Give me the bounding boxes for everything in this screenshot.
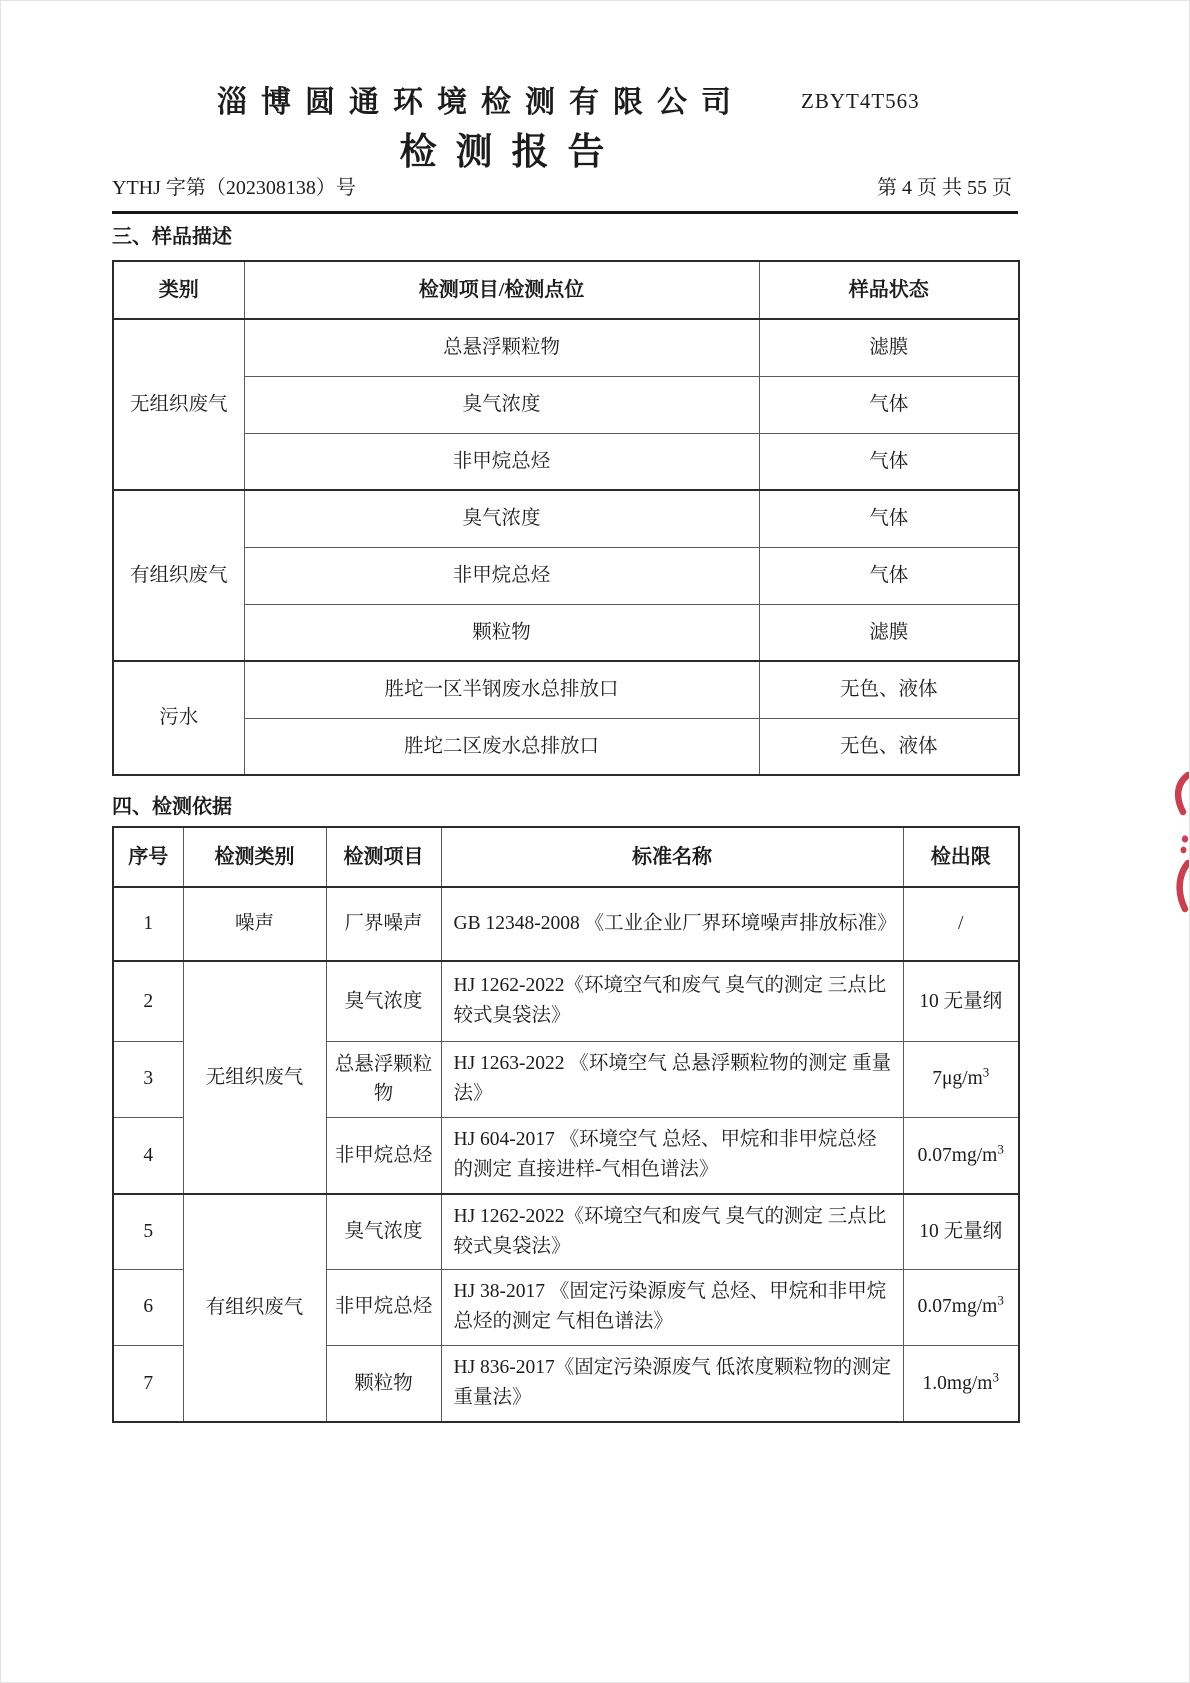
limit-value: 7μg/m (932, 1068, 983, 1089)
table-header-row: 序号 检测类别 检测项目 标准名称 检出限 (113, 827, 1019, 887)
no-cell: 7 (113, 1345, 183, 1422)
item-cell: 厂界噪声 (326, 887, 441, 961)
state-cell: 气体 (759, 547, 1019, 604)
table-row: 污水 胜坨一区半钢废水总排放口 无色、液体 (113, 661, 1019, 718)
limit-value: / (958, 913, 963, 934)
standard-cell: HJ 1262-2022《环境空气和废气 臭气的测定 三点比较式臭袋法》 (441, 1194, 903, 1269)
limit-value: 1.0mg/m (923, 1373, 993, 1394)
stamp-stroke-bottom (1180, 863, 1188, 909)
stamp-dot-2 (1181, 847, 1187, 854)
limit-value: 10 无量纲 (919, 1221, 1002, 1242)
stamp-dot-1 (1182, 835, 1188, 842)
state-cell: 无色、液体 (759, 718, 1019, 775)
table-row: 非甲烷总烃 气体 (113, 547, 1019, 604)
report-title: 检测报告 (1, 121, 1003, 175)
standard-cell: GB 12348-2008 《工业企业厂界环境噪声排放标准》 (441, 887, 903, 961)
category-cell: 无组织废气 (113, 319, 244, 490)
limit-cell: 10 无量纲 (903, 1194, 1019, 1269)
limit-cell: 1.0mg/m3 (903, 1345, 1019, 1422)
limit-cell: 7μg/m3 (903, 1041, 1019, 1117)
header-rule (112, 211, 1018, 214)
table-row: 胜坨二区废水总排放口 无色、液体 (113, 718, 1019, 775)
limit-value: 0.07mg/m (918, 1296, 998, 1317)
item-cell: 非甲烷总烃 (244, 433, 759, 490)
no-cell: 2 (113, 961, 183, 1041)
category-cell: 噪声 (183, 887, 326, 961)
standard-cell: HJ 1263-2022 《环境空气 总悬浮颗粒物的测定 重量法》 (441, 1041, 903, 1117)
state-cell: 滤膜 (759, 319, 1019, 376)
state-cell: 无色、液体 (759, 661, 1019, 718)
table-row: 有组织废气 臭气浓度 气体 (113, 490, 1019, 547)
limit-cell: 0.07mg/m3 (903, 1117, 1019, 1194)
page-content: YTHJ 字第（202308138）号 第 4 页 共 55 页 三、样品描述 … (112, 175, 1018, 1423)
sample-description-table: 类别 检测项目/检测点位 样品状态 无组织废气 总悬浮颗粒物 滤膜 臭气浓度 气… (112, 260, 1020, 776)
limit-superscript: 3 (997, 1293, 1004, 1308)
table-row: 非甲烷总烃 气体 (113, 433, 1019, 490)
item-cell: 非甲烷总烃 (244, 547, 759, 604)
category-cell: 有组织废气 (183, 1194, 326, 1422)
state-cell: 滤膜 (759, 604, 1019, 661)
limit-superscript: 3 (983, 1065, 990, 1080)
col-header-no: 序号 (113, 827, 183, 887)
item-cell: 颗粒物 (326, 1345, 441, 1422)
col-header-sample-state: 样品状态 (759, 261, 1019, 319)
limit-value: 0.07mg/m (918, 1145, 998, 1166)
standard-cell: HJ 836-2017《固定污染源废气 低浓度颗粒物的测定 重量法》 (441, 1345, 903, 1422)
standard-cell: HJ 1262-2022《环境空气和废气 臭气的测定 三点比较式臭袋法》 (441, 961, 903, 1041)
report-number: YTHJ 字第（202308138）号 (112, 175, 356, 201)
red-stamp-fragment (1169, 763, 1189, 923)
item-cell: 总悬浮颗粒物 (326, 1041, 441, 1117)
col-header-detection-limit: 检出限 (903, 827, 1019, 887)
report-code: ZBYT4T563 (801, 89, 920, 114)
standard-cell: HJ 38-2017 《固定污染源废气 总烃、甲烷和非甲烷总烃的测定 气相色谱法… (441, 1269, 903, 1345)
table-row: 5 有组织废气 臭气浓度 HJ 1262-2022《环境空气和废气 臭气的测定 … (113, 1194, 1019, 1269)
col-header-item-point: 检测项目/检测点位 (244, 261, 759, 319)
table-header-row: 类别 检测项目/检测点位 样品状态 (113, 261, 1019, 319)
item-cell: 胜坨二区废水总排放口 (244, 718, 759, 775)
item-cell: 非甲烷总烃 (326, 1117, 441, 1194)
state-cell: 气体 (759, 433, 1019, 490)
item-cell: 臭气浓度 (326, 1194, 441, 1269)
category-cell: 污水 (113, 661, 244, 775)
limit-cell: 0.07mg/m3 (903, 1269, 1019, 1345)
table-row: 颗粒物 滤膜 (113, 604, 1019, 661)
item-cell: 胜坨一区半钢废水总排放口 (244, 661, 759, 718)
item-cell: 臭气浓度 (244, 376, 759, 433)
limit-superscript: 3 (997, 1141, 1004, 1156)
item-cell: 颗粒物 (244, 604, 759, 661)
table-row: 无组织废气 总悬浮颗粒物 滤膜 (113, 319, 1019, 376)
no-cell: 3 (113, 1041, 183, 1117)
report-page: 淄博圆通环境检测有限公司 ZBYT4T563 检测报告 YTHJ 字第（2023… (0, 0, 1190, 1683)
company-name: 淄博圆通环境检测有限公司 (217, 77, 745, 121)
no-cell: 6 (113, 1269, 183, 1345)
limit-cell: 10 无量纲 (903, 961, 1019, 1041)
col-header-standard-name: 标准名称 (441, 827, 903, 887)
col-header-test-category: 检测类别 (183, 827, 326, 887)
table-row: 臭气浓度 气体 (113, 376, 1019, 433)
col-header-category: 类别 (113, 261, 244, 319)
item-cell: 非甲烷总烃 (326, 1269, 441, 1345)
table-row: 2 无组织废气 臭气浓度 HJ 1262-2022《环境空气和废气 臭气的测定 … (113, 961, 1019, 1041)
category-cell: 无组织废气 (183, 961, 326, 1194)
state-cell: 气体 (759, 376, 1019, 433)
no-cell: 5 (113, 1194, 183, 1269)
limit-cell: / (903, 887, 1019, 961)
limit-value: 10 无量纲 (919, 991, 1002, 1012)
item-cell: 臭气浓度 (326, 961, 441, 1041)
standard-cell: HJ 604-2017 《环境空气 总烃、甲烷和非甲烷总烃的测定 直接进样-气相… (441, 1117, 903, 1194)
no-cell: 4 (113, 1117, 183, 1194)
state-cell: 气体 (759, 490, 1019, 547)
item-cell: 臭气浓度 (244, 490, 759, 547)
stamp-stroke-top (1178, 775, 1188, 812)
subheader-row: YTHJ 字第（202308138）号 第 4 页 共 55 页 (112, 175, 1018, 201)
col-header-test-item: 检测项目 (326, 827, 441, 887)
limit-superscript: 3 (992, 1369, 999, 1384)
page-indicator: 第 4 页 共 55 页 (877, 175, 1018, 201)
category-cell: 有组织废气 (113, 490, 244, 661)
no-cell: 1 (113, 887, 183, 961)
test-basis-table: 序号 检测类别 检测项目 标准名称 检出限 1 噪声 厂界噪声 GB 12348… (112, 826, 1020, 1423)
item-cell: 总悬浮颗粒物 (244, 319, 759, 376)
table-row: 1 噪声 厂界噪声 GB 12348-2008 《工业企业厂界环境噪声排放标准》… (113, 887, 1019, 961)
section-heading-basis: 四、检测依据 (112, 794, 1018, 820)
section-heading-sample: 三、样品描述 (112, 224, 1018, 250)
